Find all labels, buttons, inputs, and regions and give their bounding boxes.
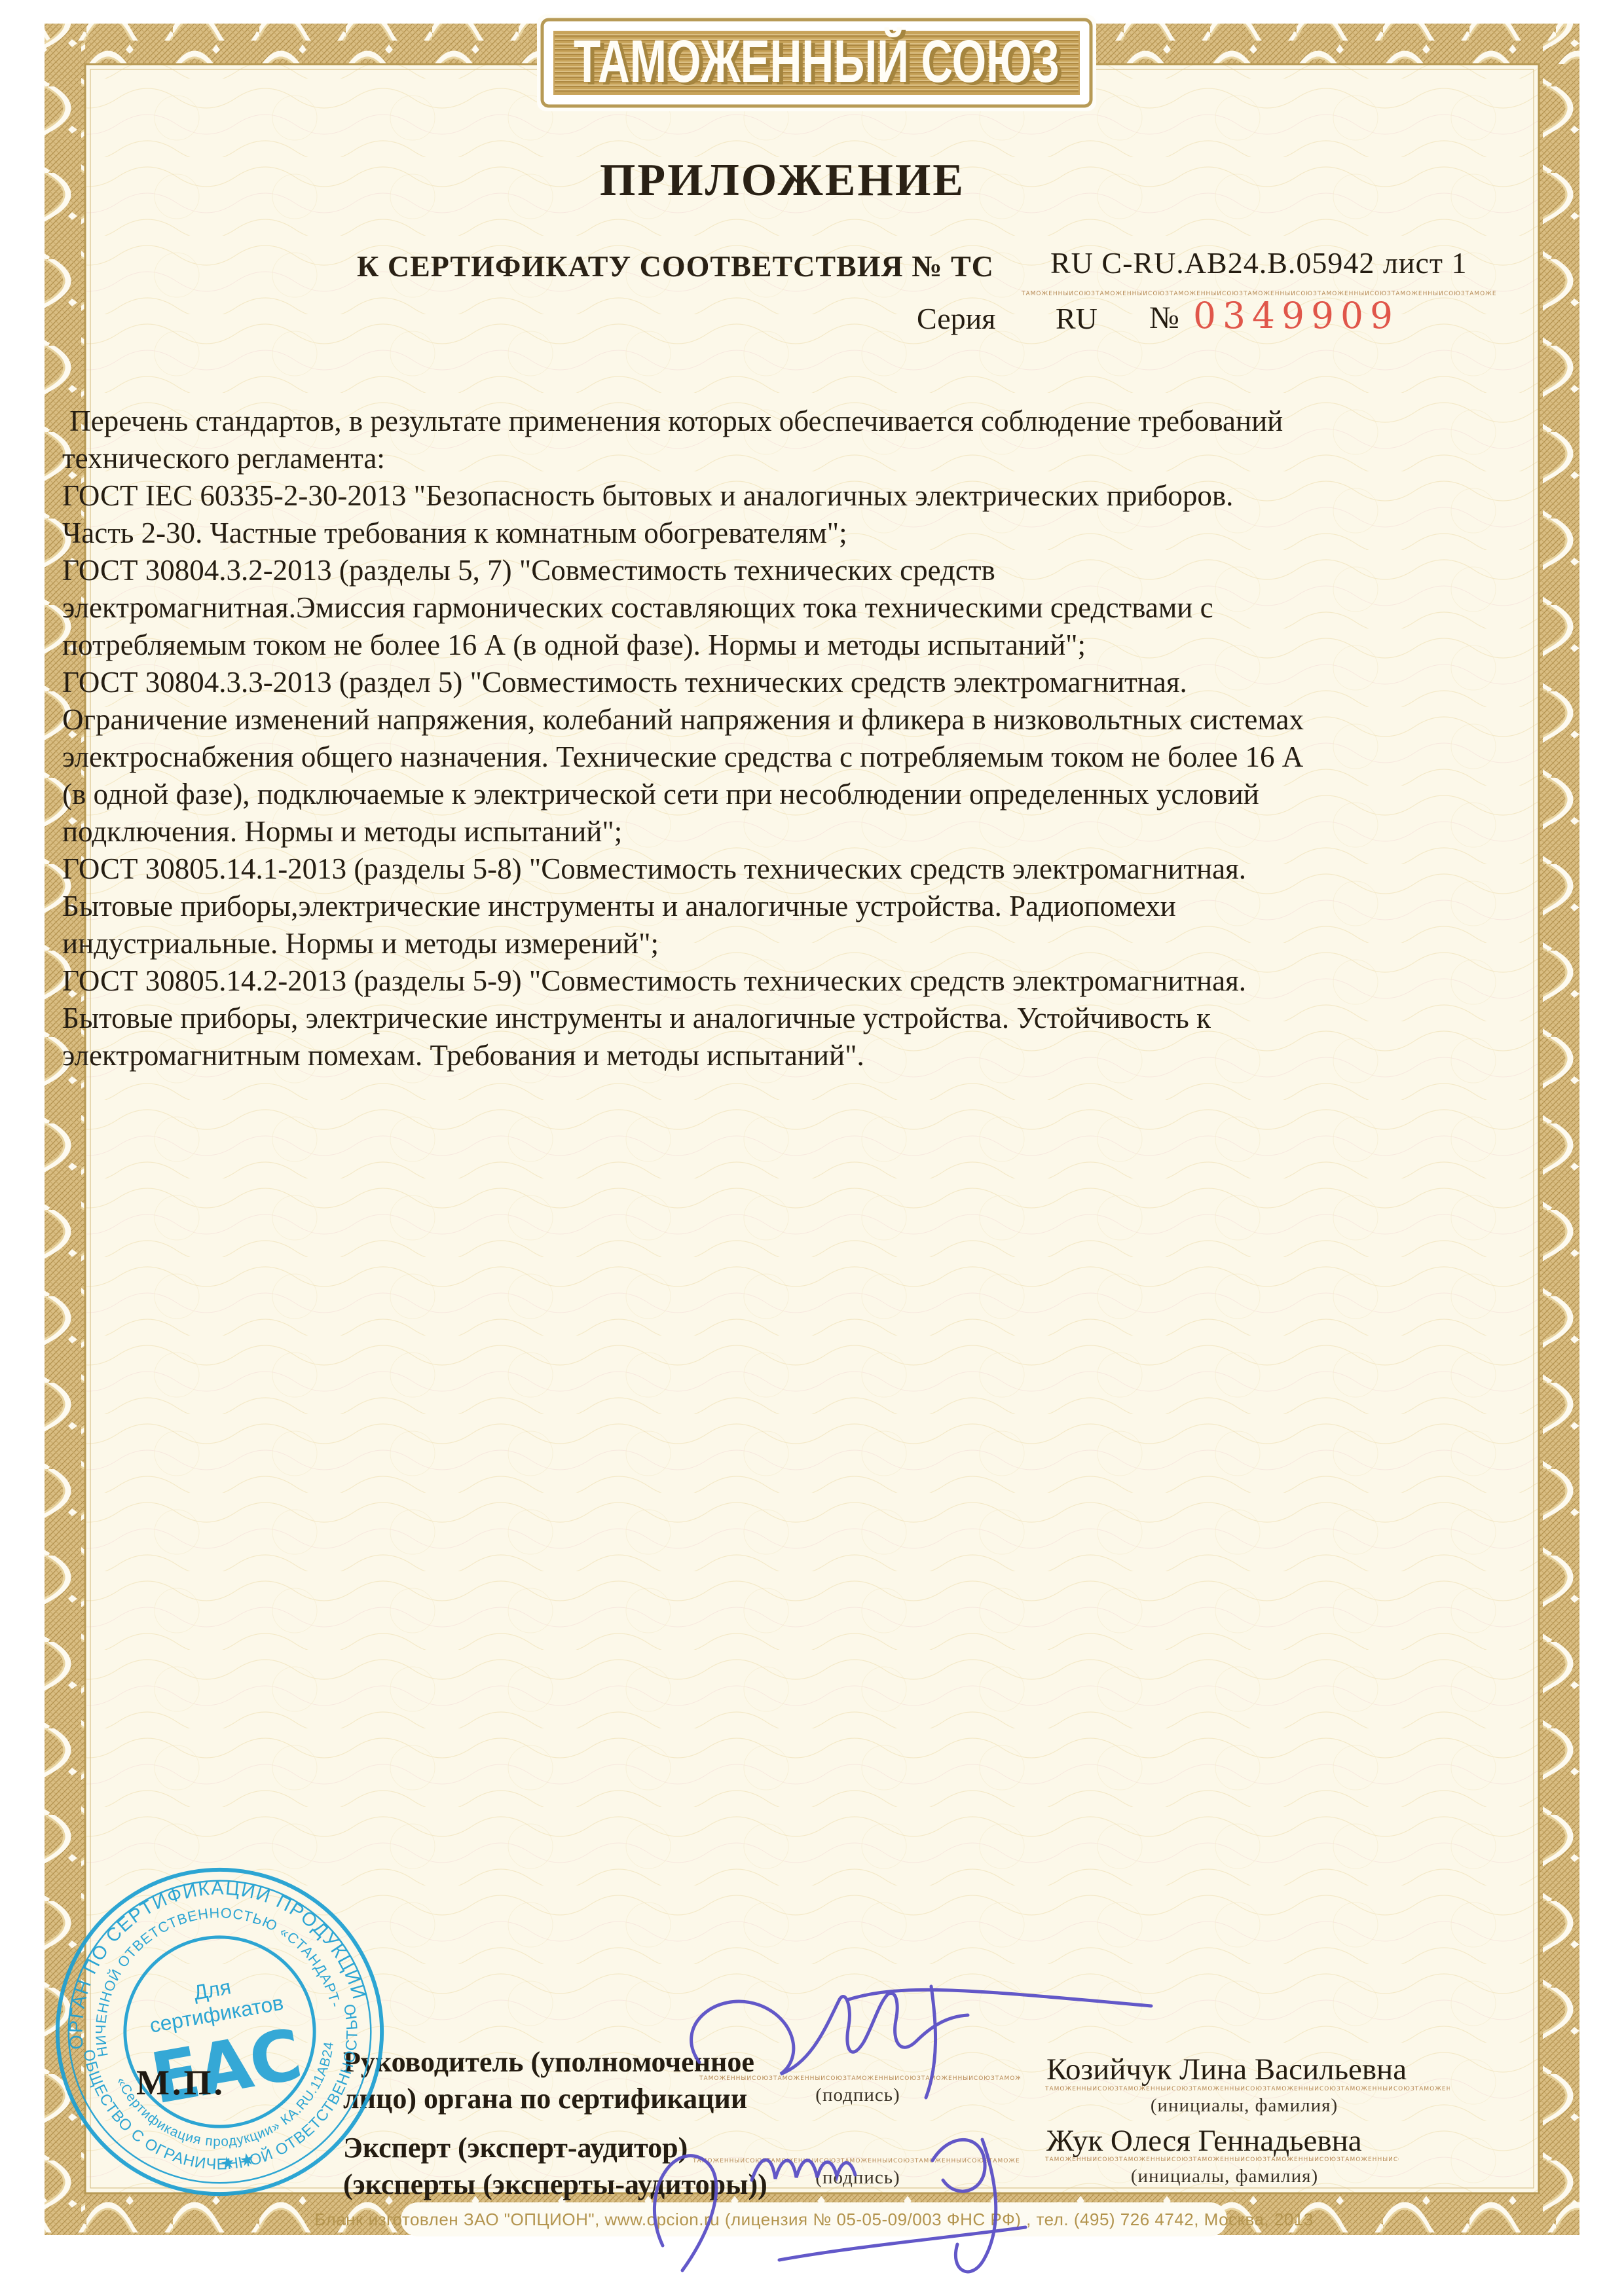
banner-text: ТАМОЖЕННЫЙ СОЮЗ <box>574 27 1060 95</box>
blank-print-info-text: Бланк изготовлен ЗАО "ОПЦИОН", www.opcio… <box>314 2210 1314 2230</box>
expert-signer-label: Эксперт (эксперт-аудитор) (эксперты (экс… <box>343 2130 767 2203</box>
signature-caption-1: (подпись) <box>727 2085 989 2106</box>
certificate-appendix-page: ТАМОЖЕННЫЙ СОЮЗ ТАМОЖЕННЫЙ СОЮЗ ПРИЛОЖЕН… <box>0 0 1624 2296</box>
expert-signer-name: Жук Олеся Геннадьевна <box>1046 2123 1362 2159</box>
seal-place-label: М.П. <box>136 2062 225 2103</box>
standards-list-text: Перечень стандартов, в результате примен… <box>62 403 1568 1074</box>
signature-caption-2: (подпись) <box>727 2167 989 2189</box>
series-value: RU <box>1056 301 1098 336</box>
certificate-number: RU C-RU.АВ24.В.05942 лист 1 <box>1050 246 1467 280</box>
blank-number-sign: № <box>1149 300 1179 336</box>
series-label: Серия <box>917 301 995 336</box>
head-signer-name: Козийчук Лина Васильевна <box>1046 2052 1407 2087</box>
customs-union-banner: ТАМОЖЕННЫЙ СОЮЗ ТАМОЖЕННЫЙ СОЮЗ <box>537 14 1096 111</box>
head-signer-label: Руководитель (уполномоченное лицо) орган… <box>343 2044 754 2117</box>
name-caption-2: (инициалы, фамилия) <box>1028 2166 1421 2187</box>
blank-number: 0349909 <box>1193 295 1399 337</box>
page-title: ПРИЛОЖЕНИЕ <box>0 155 1565 207</box>
name-caption-1: (инициалы, фамилия) <box>1048 2095 1441 2117</box>
certificate-subtitle: К СЕРТИФИКАТУ СООТВЕТСТВИЯ № ТС <box>357 249 994 283</box>
blank-print-info: Бланк изготовлен ЗАО "ОПЦИОН", www.opcio… <box>401 2202 1227 2236</box>
stamp-stars: ★ ★ <box>219 2149 256 2174</box>
certification-stamp: ОРГАН ПО СЕРТИФИКАЦИИ ПРОДУКЦИИ ОГРАНИЧЕ… <box>51 1863 388 2200</box>
